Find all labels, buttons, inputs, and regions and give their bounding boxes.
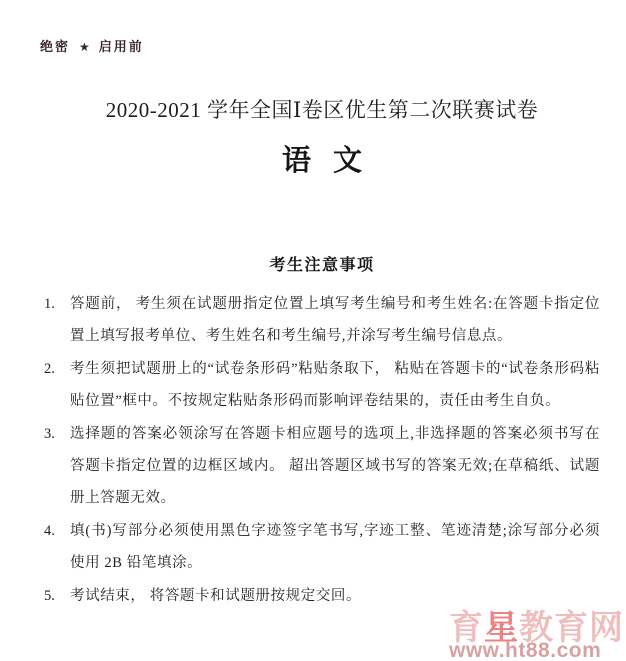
exam-title: 2020-2021 学年全国Ⅰ卷区优生第二次联赛试卷 bbox=[44, 94, 600, 124]
item-text: 填(书)写部分必须使用黑色字迹签字笔书写,字迹工整、笔迹清楚;涂写部分必须使用 … bbox=[70, 523, 600, 571]
notice-list: 1. 答题前， 考生须在试题册指定位置上填写考生编号和考生姓名:在答题卡指定位置… bbox=[44, 288, 600, 612]
notice-item-4: 4. 填(书)写部分必须使用黑色字迹签字笔书写,字迹工整、笔迹清楚;涂写部分必须… bbox=[44, 515, 600, 580]
notice-item-5: 5. 考试结束， 将答题卡和试题册按规定交回。 bbox=[44, 580, 600, 612]
item-number: 4. bbox=[44, 515, 55, 547]
item-number: 3. bbox=[44, 418, 55, 450]
item-number: 2. bbox=[44, 353, 55, 385]
classification-left-label: 绝密 bbox=[40, 39, 70, 54]
classification-line: 绝密★启用前 bbox=[40, 36, 144, 55]
watermark-url: www.ht88.com bbox=[449, 641, 624, 661]
exam-cover-page: 绝密★启用前 2020-2021 学年全国Ⅰ卷区优生第二次联赛试卷 语 文 考生… bbox=[0, 0, 626, 661]
watermark-brand-star: 星 bbox=[484, 609, 519, 647]
item-text: 考试结束， 将答题卡和试题册按规定交回。 bbox=[70, 588, 361, 604]
notice-heading: 考生注意事项 bbox=[44, 252, 600, 275]
notice-item-3: 3. 选择题的答案必领涂写在答题卡相应题号的选项上,非选择题的答案必须书写在答题… bbox=[44, 418, 600, 515]
item-number: 5. bbox=[44, 580, 55, 612]
star-icon: ★ bbox=[79, 40, 90, 54]
subject-title: 语 文 bbox=[44, 138, 600, 179]
watermark-brand: 育星教育网 bbox=[449, 610, 624, 646]
classification-right-label: 启用前 bbox=[99, 39, 144, 54]
item-number: 1. bbox=[44, 288, 55, 320]
notice-item-2: 2. 考生须把试题册上的“试卷条形码”粘贴条取下， 粘贴在答题卡的“试卷条形码粘… bbox=[44, 353, 600, 418]
item-text: 选择题的答案必领涂写在答题卡相应题号的选项上,非选择题的答案必须书写在答题卡指定… bbox=[70, 426, 600, 507]
watermark-brand-post: 教育网 bbox=[519, 609, 624, 647]
notice-item-1: 1. 答题前， 考生须在试题册指定位置上填写考生编号和考生姓名:在答题卡指定位置… bbox=[44, 288, 600, 353]
item-text: 答题前， 考生须在试题册指定位置上填写考生编号和考生姓名:在答题卡指定位置上填写… bbox=[70, 296, 600, 344]
item-text: 考生须把试题册上的“试卷条形码”粘贴条取下， 粘贴在答题卡的“试卷条形码粘贴位置… bbox=[70, 361, 600, 409]
watermark-brand-pre: 育 bbox=[449, 609, 484, 647]
watermark: 育星教育网 www.ht88.com bbox=[449, 610, 624, 661]
